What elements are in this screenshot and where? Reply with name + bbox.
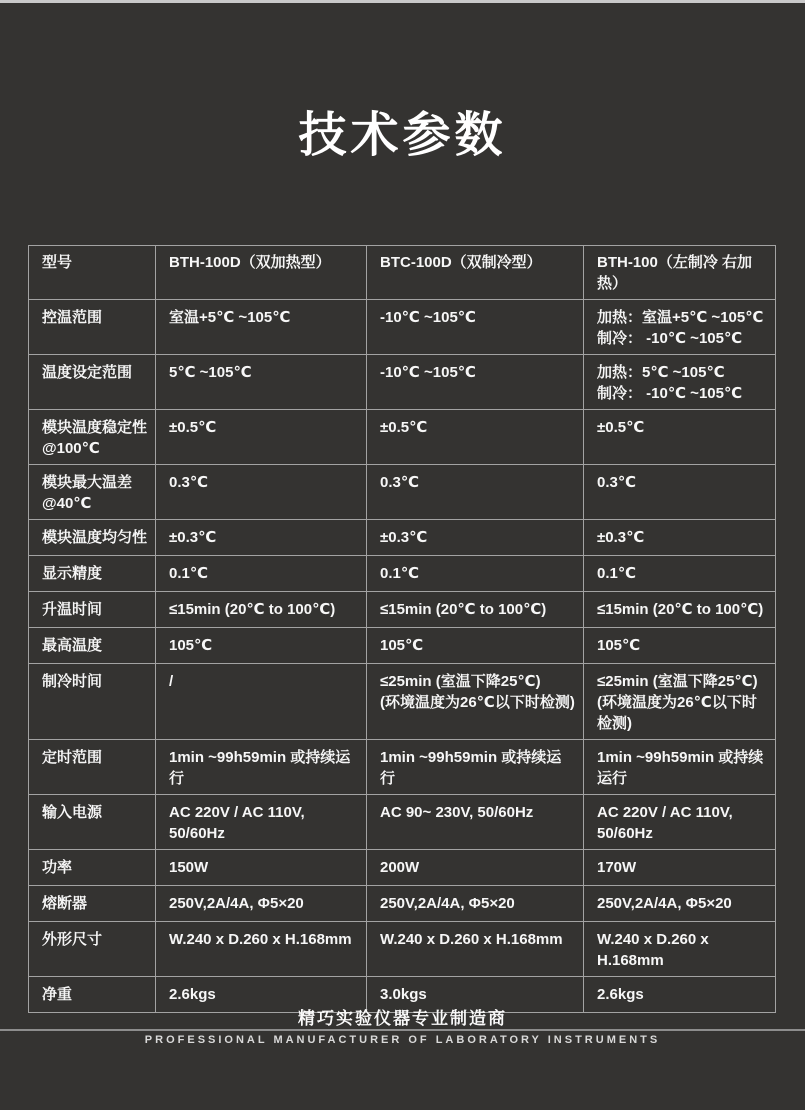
- spec-table-header: 型号 BTH-100D（双加热型） BTC-100D（双制冷型） BTH-100…: [29, 246, 776, 300]
- spec-cell: 250V,2A/4A, Φ5×20: [584, 886, 776, 922]
- footer-slogan-chinese: 精巧实验仪器专业制造商: [0, 1004, 805, 1029]
- table-row: 输入电源AC 220V / AC 110V, 50/60HzAC 90~ 230…: [29, 795, 776, 850]
- spec-cell: AC 90~ 230V, 50/60Hz: [367, 795, 584, 850]
- spec-cell: -10℃ ~105℃: [367, 300, 584, 355]
- spec-cell: 0.3℃: [156, 465, 367, 520]
- header-model-bth100d: BTH-100D（双加热型）: [156, 246, 367, 300]
- row-label: 显示精度: [29, 556, 156, 592]
- spec-cell: 5℃ ~105℃: [156, 355, 367, 410]
- spec-cell: 1min ~99h59min 或持续运行: [367, 740, 584, 795]
- header-model-btc100d: BTC-100D（双制冷型）: [367, 246, 584, 300]
- header-model-bth100: BTH-100（左制冷 右加热）: [584, 246, 776, 300]
- footer-slogan-english: PROFESSIONAL MANUFACTURER OF LABORATORY …: [0, 1034, 805, 1046]
- spec-cell: 250V,2A/4A, Φ5×20: [367, 886, 584, 922]
- table-row: 模块最大温差 @40℃0.3℃0.3℃0.3℃: [29, 465, 776, 520]
- spec-cell: 加热：5℃ ~105℃ 制冷： -10℃ ~105℃: [584, 355, 776, 410]
- spec-cell: ≤15min (20℃ to 100℃): [156, 592, 367, 628]
- page-title: 技术参数: [0, 96, 805, 165]
- table-row: 模块温度稳定性 @100℃±0.5℃±0.5℃±0.5℃: [29, 410, 776, 465]
- row-label: 熔断器: [29, 886, 156, 922]
- page-top-edge: [0, 0, 805, 3]
- spec-cell: W.240 x D.260 x H.168mm: [584, 922, 776, 977]
- spec-cell: W.240 x D.260 x H.168mm: [367, 922, 584, 977]
- spec-cell: 0.1℃: [367, 556, 584, 592]
- table-row: 控温范围室温+5℃ ~105℃-10℃ ~105℃加热：室温+5℃ ~105℃ …: [29, 300, 776, 355]
- spec-cell: ≤15min (20℃ to 100℃): [584, 592, 776, 628]
- table-row: 功率150W200W170W: [29, 850, 776, 886]
- spec-cell: 1min ~99h59min 或持续运行: [156, 740, 367, 795]
- spec-cell: ±0.5℃: [367, 410, 584, 465]
- spec-cell: /: [156, 664, 367, 740]
- table-row: 外形尺寸W.240 x D.260 x H.168mmW.240 x D.260…: [29, 922, 776, 977]
- spec-cell: ±0.5℃: [156, 410, 367, 465]
- spec-cell: 105℃: [156, 628, 367, 664]
- spec-cell: W.240 x D.260 x H.168mm: [156, 922, 367, 977]
- spec-cell: ±0.3℃: [584, 520, 776, 556]
- spec-cell: 105℃: [367, 628, 584, 664]
- spec-cell: 0.1℃: [584, 556, 776, 592]
- header-model-label: 型号: [29, 246, 156, 300]
- spec-table-body: 控温范围室温+5℃ ~105℃-10℃ ~105℃加热：室温+5℃ ~105℃ …: [29, 300, 776, 1013]
- table-row: 最高温度105℃105℃105℃: [29, 628, 776, 664]
- row-label: 温度设定范围: [29, 355, 156, 410]
- spec-cell: 1min ~99h59min 或持续运行: [584, 740, 776, 795]
- row-label: 定时范围: [29, 740, 156, 795]
- spec-cell: 0.1℃: [156, 556, 367, 592]
- spec-cell: 0.3℃: [584, 465, 776, 520]
- spec-cell: 0.3℃: [367, 465, 584, 520]
- spec-cell: 170W: [584, 850, 776, 886]
- table-row: 显示精度0.1℃0.1℃0.1℃: [29, 556, 776, 592]
- spec-cell: ≤15min (20℃ to 100℃): [367, 592, 584, 628]
- footer-divider: [0, 1029, 805, 1031]
- spec-cell: ±0.5℃: [584, 410, 776, 465]
- row-label: 模块温度稳定性 @100℃: [29, 410, 156, 465]
- table-row: 熔断器250V,2A/4A, Φ5×20250V,2A/4A, Φ5×20250…: [29, 886, 776, 922]
- spec-cell: 200W: [367, 850, 584, 886]
- table-row: 定时范围1min ~99h59min 或持续运行1min ~99h59min 或…: [29, 740, 776, 795]
- row-label: 外形尺寸: [29, 922, 156, 977]
- spec-cell: ±0.3℃: [156, 520, 367, 556]
- row-label: 模块最大温差 @40℃: [29, 465, 156, 520]
- table-row: 制冷时间/≤25min (室温下降25℃) (环境温度为26℃以下时检测)≤25…: [29, 664, 776, 740]
- spec-cell: AC 220V / AC 110V, 50/60Hz: [584, 795, 776, 850]
- spec-cell: AC 220V / AC 110V, 50/60Hz: [156, 795, 367, 850]
- spec-cell: 加热：室温+5℃ ~105℃ 制冷： -10℃ ~105℃: [584, 300, 776, 355]
- row-label: 控温范围: [29, 300, 156, 355]
- table-row: 升温时间≤15min (20℃ to 100℃)≤15min (20℃ to 1…: [29, 592, 776, 628]
- spec-cell: 150W: [156, 850, 367, 886]
- row-label: 制冷时间: [29, 664, 156, 740]
- table-row: 模块温度均匀性±0.3℃±0.3℃±0.3℃: [29, 520, 776, 556]
- spec-cell: ±0.3℃: [367, 520, 584, 556]
- row-label: 最高温度: [29, 628, 156, 664]
- spec-cell: ≤25min (室温下降25℃) (环境温度为26℃以下时检测): [584, 664, 776, 740]
- spec-cell: 105℃: [584, 628, 776, 664]
- row-label: 功率: [29, 850, 156, 886]
- row-label: 模块温度均匀性: [29, 520, 156, 556]
- row-label: 输入电源: [29, 795, 156, 850]
- spec-cell: ≤25min (室温下降25℃) (环境温度为26℃以下时检测): [367, 664, 584, 740]
- spec-cell: 250V,2A/4A, Φ5×20: [156, 886, 367, 922]
- header-row: 型号 BTH-100D（双加热型） BTC-100D（双制冷型） BTH-100…: [29, 246, 776, 300]
- spec-cell: 室温+5℃ ~105℃: [156, 300, 367, 355]
- spec-cell: -10℃ ~105℃: [367, 355, 584, 410]
- row-label: 升温时间: [29, 592, 156, 628]
- spec-table: 型号 BTH-100D（双加热型） BTC-100D（双制冷型） BTH-100…: [28, 245, 776, 1013]
- table-row: 温度设定范围5℃ ~105℃-10℃ ~105℃加热：5℃ ~105℃ 制冷： …: [29, 355, 776, 410]
